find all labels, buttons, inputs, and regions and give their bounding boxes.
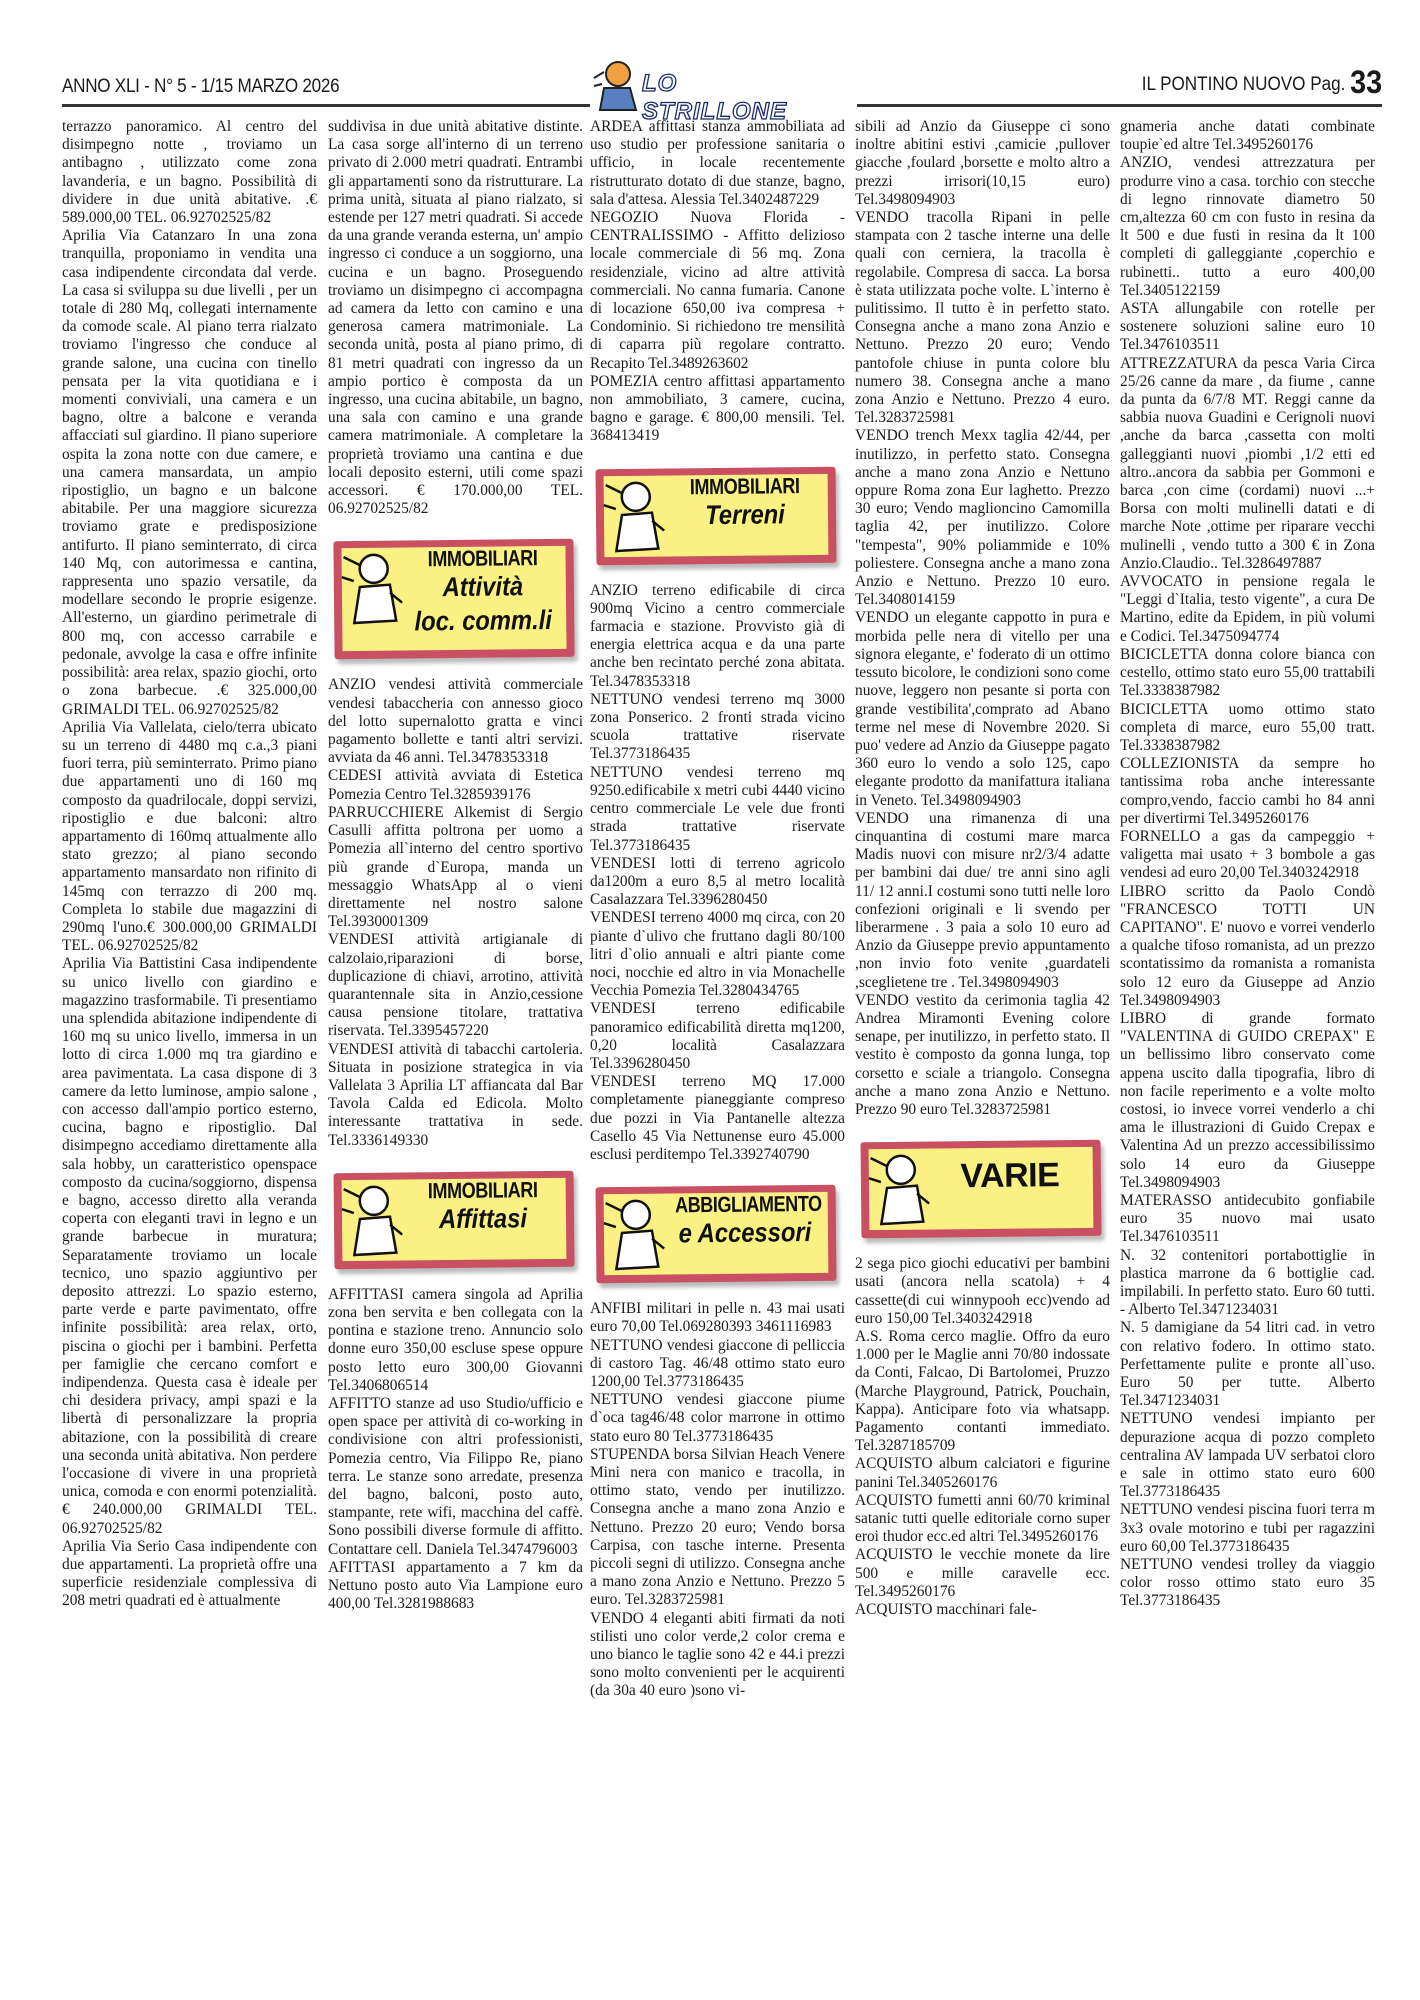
- newsboy-mascot-icon: [590, 58, 646, 114]
- ad-text: terrazzo panoramico. Al centro del disim…: [62, 118, 317, 227]
- publication-name: IL PONTINO NUOVO Pag.: [1142, 74, 1346, 95]
- ad-text: CEDESI attività avviata di Estetica Pome…: [328, 767, 583, 803]
- ad-text: VENDESI terreno MQ 17.000 completamente …: [590, 1073, 845, 1164]
- ad-text: NETTUNO vendesi terreno mq 9250.edificab…: [590, 764, 845, 855]
- ad-text: gnameria anche datati combinate toupie`e…: [1120, 118, 1375, 154]
- ad-text: ACQUISTO le vecchie monete da lire 500 e…: [855, 1546, 1110, 1601]
- banner-title: IMMOBILIARI: [413, 549, 553, 569]
- banner-title: ABBIGLIAMENTO: [675, 1195, 815, 1215]
- header-rule-left: [62, 104, 590, 107]
- banner-subtitle: Affittasi: [408, 1209, 558, 1229]
- ad-text: VENDESI attività di tabacchi cartoleria.…: [328, 1041, 583, 1150]
- ad-text: ARDEA affittasi stanza ammobiliata ad us…: [590, 118, 845, 209]
- ad-text: ASTA allungabile con rotelle per sostene…: [1120, 300, 1375, 355]
- ad-text: STUPENDA borsa Silvian Heach Venere Mini…: [590, 1446, 845, 1610]
- ad-text: VENDO una rimanenza di una cinquantina d…: [855, 810, 1110, 992]
- ad-text: VENDESI terreno edificabile panoramico e…: [590, 1000, 845, 1073]
- banner-varie: VARIE: [861, 1140, 1102, 1239]
- ad-text: ACQUISTO album calciatori e figurine pan…: [855, 1455, 1110, 1491]
- ad-text: suddivisa in due unità abitative distint…: [328, 118, 583, 518]
- ad-text: Aprilia Via Serio Casa indipendente con …: [62, 1538, 317, 1611]
- ad-text: BICICLETTA donna colore bianca con ceste…: [1120, 646, 1375, 701]
- ad-text: VENDESI terreno 4000 mq circa, con 20 pi…: [590, 909, 845, 1000]
- banner-immobiliari-affittasi: IMMOBILIARI Affittasi: [334, 1170, 575, 1269]
- column-2: suddivisa in due unità abitative distint…: [328, 118, 583, 1613]
- banner-subtitle-2: loc. comm.li: [408, 611, 558, 631]
- ad-text: ANZIO, vendesi attrezzatura per produrre…: [1120, 154, 1375, 300]
- newsboy-mascot-icon: [602, 1193, 667, 1274]
- ad-text: AVVOCATO in pensione regala le "Leggi d`…: [1120, 573, 1375, 646]
- page-number: 33: [1350, 64, 1382, 100]
- banner-title: IMMOBILIARI: [413, 1181, 553, 1201]
- ad-text: AFFITTASI camera singola ad Aprilia zona…: [328, 1286, 583, 1395]
- ad-text: VENDO tracolla Ripani in pelle stampata …: [855, 209, 1110, 427]
- ad-text: NETTUNO vendesi giaccone piume d`oca tag…: [590, 1391, 845, 1446]
- ad-text: NETTUNO vendesi trolley da viaggio color…: [1120, 1556, 1375, 1611]
- banner-title: IMMOBILIARI: [675, 477, 815, 497]
- ad-text: NETTUNO vendesi giaccone di pelliccia di…: [590, 1337, 845, 1392]
- newsboy-mascot-icon: [867, 1148, 932, 1229]
- ad-text: ACQUISTO macchinari fale-: [855, 1601, 1110, 1619]
- ad-text: MATERASSO antidecubito gonfiabile euro 3…: [1120, 1192, 1375, 1247]
- ad-text: FORNELLO a gas da campeggio + valigetta …: [1120, 828, 1375, 883]
- ad-text: AFITTASI appartamento a 7 km da Nettuno …: [328, 1559, 583, 1614]
- header-rule-right: [857, 104, 1382, 107]
- column-3: ARDEA affittasi stanza ammobiliata ad us…: [590, 118, 845, 1701]
- ad-text: NETTUNO vendesi terreno mq 3000 zona Pon…: [590, 691, 845, 764]
- ad-text: Aprilia Via Battistini Casa indipendente…: [62, 955, 317, 1538]
- banner-title: VARIE: [925, 1166, 1095, 1186]
- column-4: sibili ad Anzio da Giuseppe ci sono inol…: [855, 118, 1110, 1619]
- ad-text: PARRUCCHIERE Alkemist di Sergio Casulli …: [328, 804, 583, 931]
- ad-text: Aprilia Via Catanzaro In una zona tranqu…: [62, 227, 317, 718]
- ad-text: NETTUNO vendesi piscina fuori terra m 3x…: [1120, 1501, 1375, 1556]
- ad-text: N. 5 damigiane da 54 litri cad. in vetro…: [1120, 1319, 1375, 1410]
- banner-immobiliari-terreni: IMMOBILIARI Terreni: [596, 466, 837, 565]
- ad-text: VENDESI lotti di terreno agricolo da1200…: [590, 855, 845, 910]
- newsboy-mascot-icon: [340, 1178, 405, 1259]
- ad-text: ANFIBI militari in pelle n. 43 mai usati…: [590, 1300, 845, 1336]
- banner-subtitle: Terreni: [670, 505, 820, 525]
- ad-text: LIBRO scritto da Paolo Condò "FRANCESCO …: [1120, 883, 1375, 1010]
- banner-subtitle: e Accessori: [670, 1223, 820, 1243]
- issue-info: ANNO XLI - N° 5 - 1/15 MARZO 2026: [62, 76, 339, 98]
- ad-text: VENDESI attività artigianale di calzolai…: [328, 931, 583, 1040]
- ad-text: BICICLETTA uomo ottimo stato completa di…: [1120, 701, 1375, 756]
- ad-text: POMEZIA centro affittasi appartamento no…: [590, 373, 845, 446]
- ad-text: ACQUISTO fumetti anni 60/70 kriminal sat…: [855, 1492, 1110, 1547]
- ad-text: NEGOZIO Nuova Florida - CENTRALISSIMO - …: [590, 209, 845, 373]
- ad-text: ANZIO terreno edificabile di circa 900mq…: [590, 582, 845, 691]
- ad-text: LIBRO di grande formato "VALENTINA di GU…: [1120, 1010, 1375, 1192]
- ad-text: AFFITTO stanze ad uso Studio/ufficio e o…: [328, 1395, 583, 1559]
- ad-text: A.S. Roma cerco maglie. Offro da euro 1.…: [855, 1328, 1110, 1455]
- banner-subtitle: Attività: [408, 577, 558, 597]
- ad-text: ANZIO vendesi attività commerciale vende…: [328, 676, 583, 767]
- publication-title: IL PONTINO NUOVO Pag. 33: [1142, 64, 1382, 101]
- ad-text: Aprilia Via Vallelata, cielo/terra ubica…: [62, 719, 317, 956]
- lo-strillone-logo: LO STRILLONE: [590, 58, 820, 114]
- ad-text: VENDO un elegante cappotto in pura e mor…: [855, 609, 1110, 809]
- banner-abbigliamento-accessori: ABBIGLIAMENTO e Accessori: [596, 1185, 837, 1284]
- banner-immobiliari-attivita: IMMOBILIARI Attività loc. comm.li: [333, 539, 574, 660]
- column-5: gnameria anche datati combinate toupie`e…: [1120, 118, 1375, 1611]
- newsboy-mascot-icon: [339, 547, 404, 628]
- ad-text: ATTREZZATURA da pesca Varia Circa 25/26 …: [1120, 355, 1375, 573]
- ad-text: VENDO trench Mexx taglia 42/44, per inut…: [855, 427, 1110, 609]
- ad-text: VENDO vestito da cerimonia taglia 42 And…: [855, 992, 1110, 1119]
- ad-text: sibili ad Anzio da Giuseppe ci sono inol…: [855, 118, 1110, 209]
- ad-text: 2 sega pico giochi educativi per bambini…: [855, 1255, 1110, 1328]
- newsboy-mascot-icon: [602, 474, 667, 555]
- column-1: terrazzo panoramico. Al centro del disim…: [62, 118, 317, 1611]
- ad-text: COLLEZIONISTA da sempre ho tantissima ro…: [1120, 755, 1375, 828]
- ad-text: N. 32 contenitori portabottiglie in plas…: [1120, 1247, 1375, 1320]
- ad-text: VENDO 4 eleganti abiti firmati da noti s…: [590, 1610, 845, 1701]
- ad-text: NETTUNO vendesi impianto per depurazione…: [1120, 1410, 1375, 1501]
